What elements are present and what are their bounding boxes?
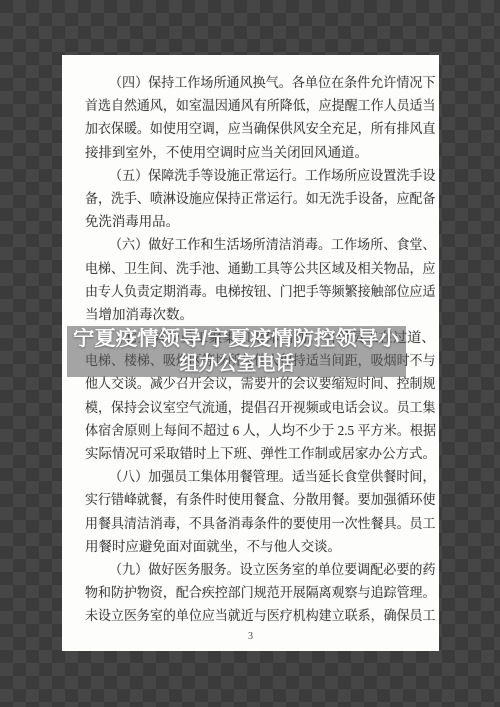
document-line: 用餐时应避免面对面就坐，不与他人交谈。: [85, 535, 436, 558]
document-line: 备，洗手、喷淋设施应保持正常运行。如无洗手设备，应配备: [85, 187, 436, 210]
document-line: 实际情况可采取错时上下班、弹性工作制或居家办公方式。: [85, 442, 436, 465]
document-line: 首选自然通风，如室温因通风有所降低，应提醒工作人员适当: [85, 94, 436, 117]
document-line: 用餐具清洁消毒，不具备消毒条件的要使用一次性餐具。员工: [85, 512, 436, 535]
document-line: （九）做好医务服务。设立医务室的单位要调配必要的药: [85, 558, 436, 581]
document-line: 免洗消毒用品。: [85, 210, 436, 233]
document-line: （四）保持工作场所通风换气。各单位在条件允许情况下: [85, 71, 436, 94]
document-line: （八）加强员工集体用餐管理。适当延长食堂供餐时间，: [85, 465, 436, 488]
checkerboard-background: （四）保持工作场所通风换气。各单位在条件允许情况下首选自然通风，如室温因通风有所…: [0, 0, 500, 707]
document-line: 体宿舍原则上每间不超过 6 人，人均不少于 2.5 平方米。根据: [85, 419, 436, 442]
watermark-line-1: 宁夏疫情领导/宁夏疫情防控领导小: [73, 327, 400, 352]
watermark-overlay: 宁夏疫情领导/宁夏疫情防控领导小 组办公室电话: [67, 326, 406, 377]
watermark-line-2: 组办公室电话: [73, 352, 400, 377]
document-line: 加衣保暖。如使用空调，应当确保供风安全充足，所有排风直: [85, 117, 436, 140]
document-line: 当增加消毒次数。: [85, 303, 436, 326]
document-line: 模，保持会议室空气流通，提倡召开视频或电话会议。员工集: [85, 396, 436, 419]
document-line: （五）保障洗手等设施正常运行。工作场所应设置洗手设: [85, 164, 436, 187]
page-number: 3: [62, 631, 439, 643]
document-line: 接排到室外，不使用空调时应当关闭回风通道。: [85, 141, 436, 164]
document-line: 电梯、卫生间、洗手池、通勤工具等公共区域及相关物品，应: [85, 257, 436, 280]
document-line: （六）做好工作和生活场所清洁消毒。工作场所、食堂、: [85, 233, 436, 256]
document-line: 未设立医务室的单位应当就近与医疗机构建立联系，确保员工: [85, 604, 436, 627]
document-line: 物和防护物资，配合疾控部门规范开展隔离观察与追踪管理。: [85, 581, 436, 604]
document-line: 由专人负责定期消毒。电梯按钮、门把手等频繁接触部位应适: [85, 280, 436, 303]
document-line: 实行错峰就餐，有条件时使用餐盒、分散用餐。要加强循环使: [85, 488, 436, 511]
